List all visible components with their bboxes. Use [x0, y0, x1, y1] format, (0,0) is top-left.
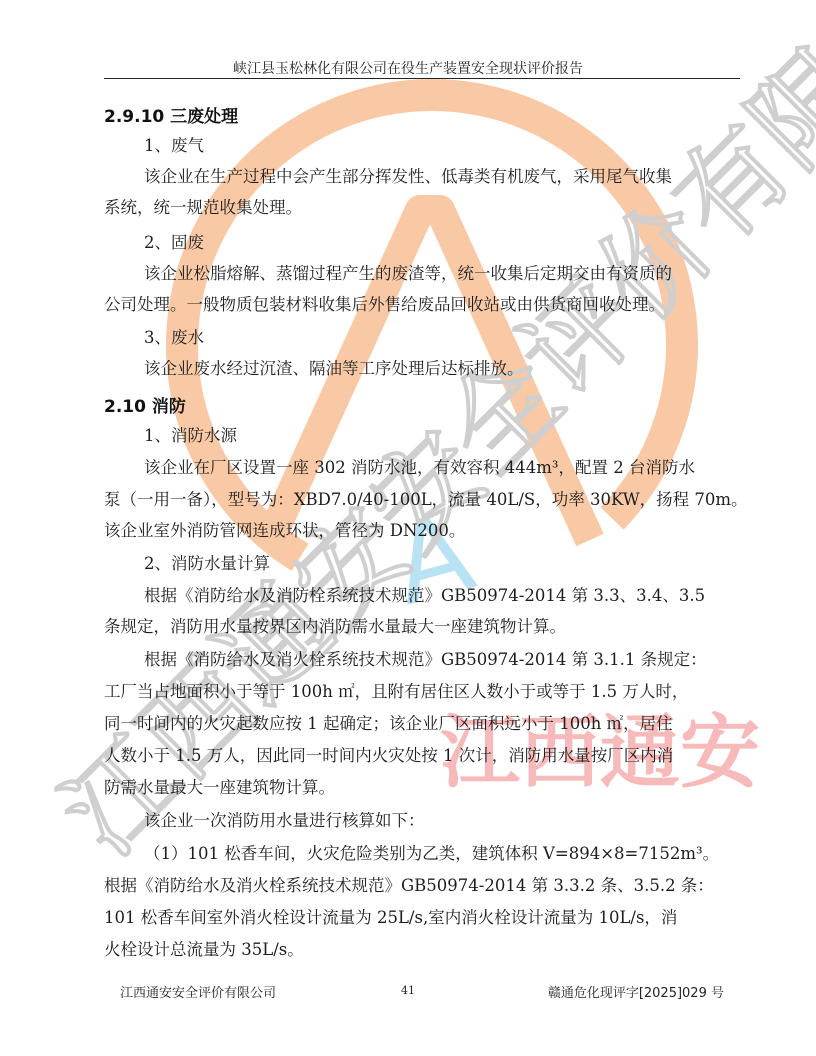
paragraph-line: 根据《消防给水及消防栓系统技术规范》GB50974-2014 第 3.3、3.4…	[104, 580, 784, 611]
paragraph-line: 该企业在生产过程中会产生部分挥发性、低毒类有机废气，采用尾气收集	[104, 161, 784, 192]
header-divider	[104, 78, 740, 79]
paragraph-line: 根据《消防给水及消火栓系统技术规范》GB50974-2014 第 3.3.2 条…	[104, 870, 744, 901]
section-heading-fire-protection: 2.10 消防	[104, 392, 186, 417]
paragraph-line: 工厂当占地面积小于等于 100h ㎡，且附有居住区人数小于或等于 1.5 万人时…	[104, 676, 744, 707]
paragraph-line: 该企业松脂熔解、蒸馏过程产生的废渣等，统一收集后定期交由有资质的	[104, 258, 784, 289]
paragraph-line: 该企业在厂区设置一座 302 消防水池，有效容积 444m³，配置 2 台消防水	[104, 452, 784, 483]
paragraph-line: 条规定，消防用水量按界区内消防需水量最大一座建筑物计算。	[104, 611, 744, 642]
paragraph-line: 该企业废水经过沉渣、隔油等工序处理后达标排放。	[104, 353, 784, 384]
paragraph-line: 火栓设计总流量为 35L/s。	[104, 934, 744, 965]
paragraph-line: 防需水量最大一座建筑物计算。	[104, 772, 744, 803]
paragraph-line: （1）101 松香车间，火灾危险类别为乙类，建筑体积 V=894×8=7152m…	[104, 838, 784, 869]
subheading-waste-water: 3、废水	[104, 322, 784, 353]
paragraph-line: 根据《消防给水及消火栓系统技术规范》GB50974-2014 第 3.1.1 条…	[104, 644, 784, 675]
footer-doc-number: 赣通危化现评字[2025]029 号	[548, 982, 724, 1001]
document-page: A 江西通安安全评价有限公司 江西通安 峡江县玉松林化有限公司在役生产装置安全现…	[0, 0, 816, 1056]
section-heading-waste: 2.9.10 三废处理	[104, 102, 238, 127]
paragraph-line: 该企业一次消防用水量进行核算如下：	[104, 805, 784, 836]
paragraph-line: 该企业室外消防管网连成环状，管径为 DN200。	[104, 515, 744, 546]
paragraph-line: 101 松香车间室外消火栓设计流量为 25L/s,室内消火栓设计流量为 10L/…	[104, 902, 744, 933]
paragraph-line: 人数小于 1.5 万人，因此同一时间内火灾处按 1 次计，消防用水量按厂区内消	[104, 740, 744, 771]
subheading-solid-waste: 2、固废	[104, 227, 784, 258]
subheading-waste-gas: 1、废气	[104, 130, 784, 161]
subheading-fire-water-source: 1、消防水源	[104, 420, 784, 451]
paragraph-line: 同一时间内的火灾起数应按 1 起确定；该企业厂区面积远小于 100h ㎡，居住	[104, 708, 744, 739]
running-header: 峡江县玉松林化有限公司在役生产装置安全现状评价报告	[0, 58, 816, 78]
subheading-fire-water-calc: 2、消防水量计算	[104, 548, 784, 579]
paragraph-line: 系统，统一规范收集处理。	[104, 192, 744, 223]
paragraph-line: 公司处理。一般物质包装材料收集后外售给废品回收站或由供货商回收处理。	[104, 289, 744, 320]
paragraph-line: 泵（一用一备），型号为：XBD7.0/40-100L，流量 40L/S，功率 3…	[104, 484, 744, 515]
